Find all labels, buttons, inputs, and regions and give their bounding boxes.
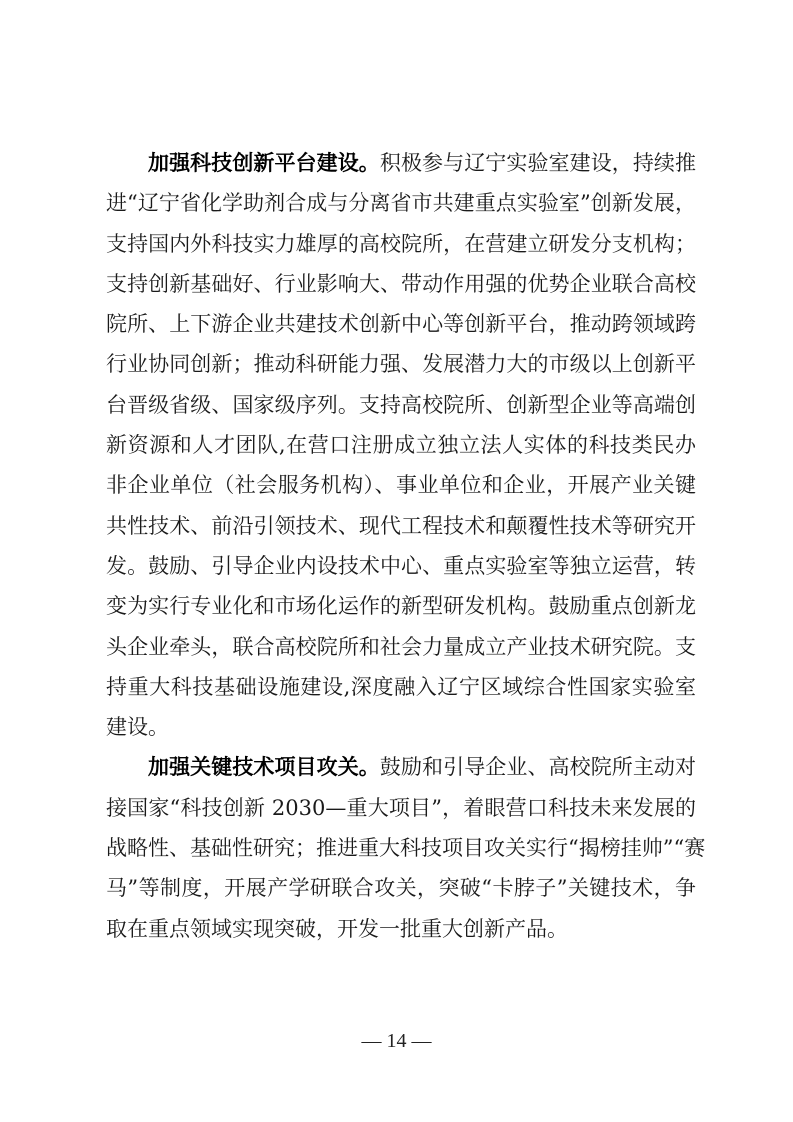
document-body: 加强科技创新平台建设。积极参与辽宁实验室建设，持续推 进“辽宁省化学助剂合成与分…	[106, 143, 696, 949]
paragraph-line: 发。鼓励、引导企业内设技术中心、重点实验室等独立运营，转	[106, 546, 696, 586]
paragraph-line: 加强关键技术项目攻关。鼓励和引导企业、高校院所主动对	[106, 747, 696, 787]
paragraph-line: 变为实行专业化和市场化运作的新型研发机构。鼓励重点创新龙	[106, 586, 696, 626]
paragraph-line: 加强科技创新平台建设。积极参与辽宁实验室建设，持续推	[106, 143, 696, 183]
paragraph-line: 新资源和人才团队,在营口注册成立独立法人实体的科技类民办	[106, 425, 696, 465]
paragraph-key-technology: 加强关键技术项目攻关。鼓励和引导企业、高校院所主动对 接国家“科技创新 2030…	[106, 747, 696, 948]
paragraph-line: 战略性、基础性研究；推进重大科技项目攻关实行“揭榜挂帅”“赛	[106, 828, 696, 868]
paragraph-heading: 加强科技创新平台建设。	[148, 150, 380, 175]
paragraph-line: 接国家“科技创新 2030—重大项目”，着眼营口科技未来发展的	[106, 788, 696, 828]
paragraph-line: 行业协同创新；推动科研能力强、发展潜力大的市级以上创新平	[106, 344, 696, 384]
paragraph-line: 持重大科技基础设施建设,深度融入辽宁区域综合性国家实验室	[106, 667, 696, 707]
page-number: — 14 —	[0, 1030, 793, 1053]
paragraph-text: 鼓励和引导企业、高校院所主动对	[380, 755, 696, 779]
paragraph-line: 支持创新基础好、行业影响大、带动作用强的优势企业联合高校	[106, 264, 696, 304]
paragraph-text: 积极参与辽宁实验室建设，持续推	[380, 151, 696, 175]
paragraph-line: 建设。	[106, 707, 696, 747]
paragraph-line: 院所、上下游企业共建技术创新中心等创新平台，推动跨领域跨	[106, 304, 696, 344]
paragraph-line: 非企业单位（社会服务机构）、事业单位和企业，开展产业关键	[106, 465, 696, 505]
paragraph-line: 进“辽宁省化学助剂合成与分离省市共建重点实验室”创新发展，	[106, 183, 696, 223]
paragraph-line: 支持国内外科技实力雄厚的高校院所，在营建立研发分支机构；	[106, 224, 696, 264]
paragraph-line: 共性技术、前沿引领技术、现代工程技术和颠覆性技术等研究开	[106, 506, 696, 546]
paragraph-line: 取在重点领域实现突破，开发一批重大创新产品。	[106, 909, 696, 949]
paragraph-line: 台晋级省级、国家级序列。支持高校院所、创新型企业等高端创	[106, 385, 696, 425]
paragraph-heading: 加强关键技术项目攻关。	[148, 754, 380, 779]
paragraph-line: 马”等制度，开展产学研联合攻关，突破“卡脖子”关键技术，争	[106, 868, 696, 908]
paragraph-innovation-platform: 加强科技创新平台建设。积极参与辽宁实验室建设，持续推 进“辽宁省化学助剂合成与分…	[106, 143, 696, 747]
paragraph-line: 头企业牵头，联合高校院所和社会力量成立产业技术研究院。支	[106, 627, 696, 667]
